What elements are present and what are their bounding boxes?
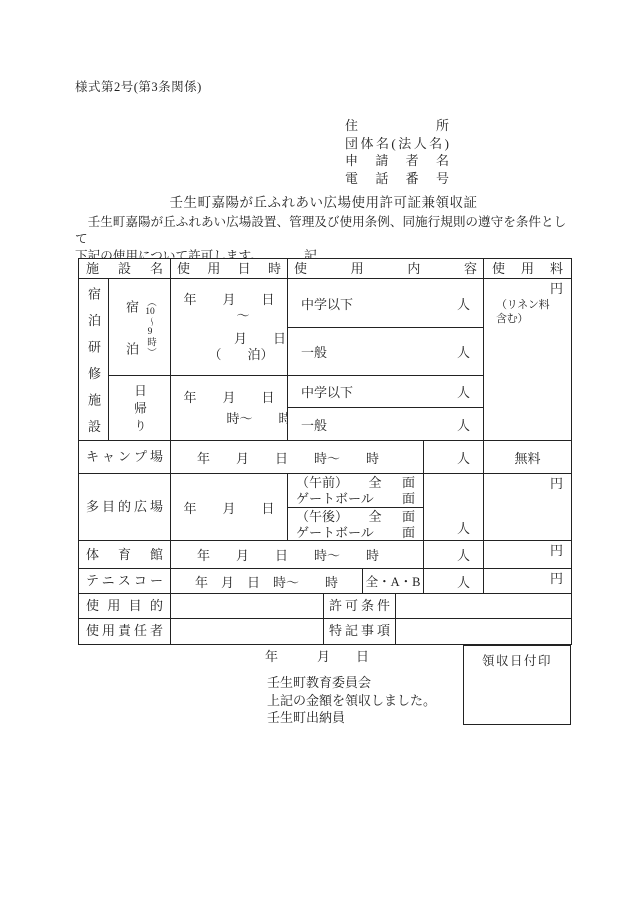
overnight-date-line1: 年 月 日 (183, 292, 274, 308)
people-unit: 人 (457, 342, 470, 361)
tennis-people-cell: 人 (424, 569, 484, 594)
gym-label: 体育館 (79, 541, 171, 569)
afternoon-label: （午後） (296, 509, 348, 525)
fee-unit: 円 (492, 281, 563, 296)
receipt-stamp-box: 領収日付印 (463, 645, 571, 725)
note-tilde: ～ (145, 317, 155, 328)
overnight-datetime-cell: 年 月 日 ～ 月 日 （ 泊） (171, 279, 288, 376)
daytrip-label: 日帰り (131, 384, 149, 437)
intro-line-1: 壬生町嘉陽が丘ふれあい広場設置、管理及び使用条例、同施行規則の遵守を条件として (75, 214, 575, 248)
multipurpose-people-cell: 人 (424, 474, 484, 541)
multipurpose-afternoon-cell: （午後） 全 面 ゲートボール 面 (288, 508, 424, 541)
footer-signature-block: 壬生町教育委員会 上記の金額を領収しました。 壬生町出納員 (267, 674, 436, 727)
gym-datetime-cell: 年 月 日 時～ 時 (171, 541, 424, 569)
camp-people-cell: 人 (424, 441, 484, 474)
overnight-date-line3: 月 日 (234, 331, 286, 347)
gateball-label: ゲートボール (296, 525, 374, 541)
gateball-label: ゲートボール (296, 491, 374, 507)
header-facility: 施設名 (79, 259, 171, 279)
applicant-field-name: 申請者名 (345, 152, 449, 170)
applicant-field-address: 住所 (345, 117, 449, 135)
daytrip-datetime-cell: 年 月 日 時～ 時 (171, 376, 288, 441)
applicant-fields: 住所 団体名(法人名) 申請者名 電話番号 (345, 117, 449, 188)
note-close-paren: ） (145, 347, 155, 358)
multipurpose-fee-cell: 円 (484, 474, 571, 541)
people-unit: 人 (457, 415, 470, 434)
category-label: 中学以下 (301, 294, 353, 313)
camp-label: キャンプ場 (79, 441, 171, 474)
overnight-hours-note: （10～9時） (143, 297, 157, 358)
camp-datetime-cell: 年 月 日 時～ 時 (171, 441, 424, 474)
overnight-row-junior: 中学以下 人 (288, 279, 484, 328)
daytrip-sublabel-cell: 日帰り (109, 376, 171, 441)
surface-unit: 面 (402, 525, 415, 541)
multipurpose-datetime-cell: 年 月 日 (171, 474, 288, 541)
linen-fee-note-line1: （リネン料 (492, 299, 563, 313)
lodging-vertical-label-cell: 宿泊研修施設 (79, 279, 109, 441)
special-notes-value-cell (396, 619, 571, 644)
multipurpose-label: 多目的広場 (79, 474, 171, 541)
people-unit: 人 (457, 382, 470, 401)
special-notes-label: 特記事項 (324, 619, 396, 644)
permit-conditions-label: 許可条件 (324, 594, 396, 619)
permit-conditions-value-cell (396, 594, 571, 619)
purpose-value-cell (171, 594, 324, 619)
tennis-fee-cell: 円 (484, 569, 571, 594)
footer-date-line: 年 月 日 (265, 646, 369, 665)
category-label: 一般 (301, 342, 327, 361)
surface-unit: 面 (402, 491, 415, 507)
category-label: 中学以下 (301, 382, 353, 401)
daytrip-row-junior: 中学以下 人 (288, 376, 484, 408)
tennis-court-options: 全・A・B (363, 569, 424, 594)
daytrip-date-line2: 時～ 時 (226, 408, 288, 429)
multipurpose-morning-cell: （午前） 全 面 ゲートボール 面 (288, 474, 424, 508)
responsible-value-cell (171, 619, 324, 644)
overnight-date-line2: ～ (236, 308, 249, 324)
treasurer-line: 壬生町出納員 (267, 709, 436, 727)
purpose-label: 使用目的 (79, 594, 171, 619)
morning-label: （午前） (296, 475, 348, 491)
note-start-hour: 10 (145, 307, 155, 317)
daytrip-date-line1: 年 月 日 (183, 387, 274, 408)
lodging-fee-cell: 円 （リネン料 含む） (484, 279, 571, 441)
overnight-label: 宿泊 (122, 300, 141, 377)
header-content: 使用内容 (288, 259, 484, 279)
tennis-label: テニスコート (79, 569, 171, 594)
camp-fee-cell: 無料 (484, 441, 571, 474)
note-open-paren: （ (145, 297, 155, 308)
gym-people-cell: 人 (424, 541, 484, 569)
linen-fee-note-line2: 含む） (492, 313, 563, 327)
category-label: 一般 (301, 415, 327, 434)
daytrip-row-general: 一般 人 (288, 408, 484, 441)
receipt-stamp-label: 領収日付印 (482, 654, 552, 668)
people-unit: 人 (457, 294, 470, 313)
document-page: 様式第2号(第3条関係) 住所 団体名(法人名) 申請者名 電話番号 壬生町嘉陽… (0, 0, 630, 903)
surface-unit: 面 (402, 509, 415, 525)
board-of-education-line: 壬生町教育委員会 (267, 674, 436, 692)
full-surface-label: 全 (368, 509, 381, 525)
gym-fee-cell: 円 (484, 541, 571, 569)
note-hour-unit: 時 (145, 337, 155, 348)
note-end-hour: 9 (145, 327, 155, 337)
overnight-sublabel-cell: 宿泊 （10～9時） (109, 279, 171, 376)
lodging-vertical-label: 宿泊研修施設 (84, 287, 103, 441)
document-title: 壬生町嘉陽が丘ふれあい広場使用許可証兼領収証 (75, 191, 572, 211)
header-fee: 使用料 (484, 259, 571, 279)
overnight-row-general: 一般 人 (288, 328, 484, 376)
header-datetime: 使用日時 (171, 259, 288, 279)
full-surface-label: 全 (368, 475, 381, 491)
surface-unit: 面 (402, 475, 415, 491)
fee-table: 施設名 使用日時 使用内容 使用料 宿泊研修施設 宿泊 （10～9時） 年 月 … (78, 258, 572, 645)
receipt-statement-line: 上記の金額を領収しました。 (267, 692, 436, 710)
form-number: 様式第2号(第3条関係) (75, 77, 202, 95)
applicant-field-organization: 団体名(法人名) (345, 135, 449, 153)
applicant-field-phone: 電話番号 (345, 170, 449, 188)
tennis-datetime-cell: 年 月 日 時～ 時 (171, 569, 363, 594)
responsible-label: 使用責任者 (79, 619, 171, 644)
overnight-date-line4: （ 泊） (208, 347, 273, 363)
